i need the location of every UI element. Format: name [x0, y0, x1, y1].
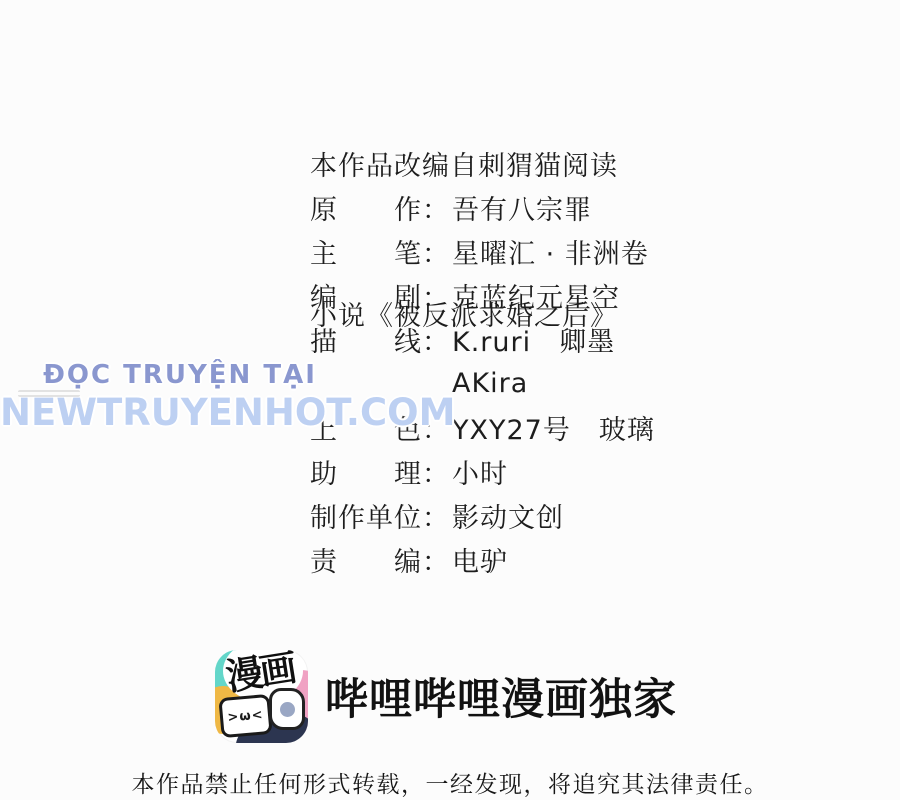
watermark-line1: ĐỌC TRUYỆN TẠI: [0, 360, 360, 390]
hand-ball: [280, 702, 295, 717]
credit-row-editor: 责 编： 电驴: [310, 537, 655, 581]
disclaimer-text: 本作品禁止任何形式转载，一经发现，将追究其法律责任。: [0, 766, 900, 799]
exclusive-title: 哔哩哔哩漫画独家: [325, 666, 677, 727]
credit-label: 责 编：: [310, 540, 452, 579]
credit-row-line-art-continued: AKira: [310, 361, 655, 405]
credits-list: 原 作： 吾有八宗罪 主 笔： 星曜汇 · 非洲卷 编 剧： 克蓝纪元星空 描 …: [310, 185, 655, 581]
credit-label: 描 线：: [310, 320, 452, 359]
credit-value: AKira: [452, 368, 528, 399]
credit-label: 上 色：: [310, 408, 452, 447]
watermark-line2: NEWTRUYENHOT.COM: [0, 391, 360, 434]
credit-row-line-art: 描 线： K.ruri 卿墨: [310, 317, 655, 361]
credit-value: 克蓝纪元星空: [452, 276, 620, 315]
faint-watermark-smudge: [18, 390, 80, 397]
bilibili-manga-logo-icon: 漫画 >ω<: [215, 650, 308, 743]
credit-label: 制作单位：: [310, 496, 452, 535]
credit-value: 小时: [452, 452, 508, 491]
credit-value: 吾有八宗罪: [452, 188, 592, 227]
credit-label: 编 剧：: [310, 276, 452, 315]
credit-value: K.ruri 卿墨: [452, 320, 615, 359]
publisher-row: 漫画 >ω< 哔哩哔哩漫画独家: [215, 650, 677, 743]
credit-row-screenwriter: 编 剧： 克蓝纪元星空: [310, 273, 655, 317]
credit-value: 影动文创: [452, 496, 564, 535]
comic-credits-page: 本作品改编自刺猬猫阅读 小说《被反派求婚之后》 原 作： 吾有八宗罪 主 笔： …: [0, 0, 900, 800]
hand-icon: [269, 688, 305, 730]
credit-row-coloring: 上 色： YXY27号 玻璃: [310, 405, 655, 449]
credit-label: 助 理：: [310, 452, 452, 491]
site-watermark: ĐỌC TRUYỆN TẠI NEWTRUYENHOT.COM: [0, 360, 360, 434]
credit-value: YXY27号 玻璃: [452, 408, 655, 447]
credit-label: 原 作：: [310, 188, 452, 227]
credit-row-lead-artist: 主 笔： 星曜汇 · 非洲卷: [310, 229, 655, 273]
credit-row-production-studio: 制作单位： 影动文创: [310, 493, 655, 537]
credit-value: 星曜汇 · 非洲卷: [452, 232, 649, 271]
credit-value: 电驴: [452, 540, 508, 579]
credit-row-original-work: 原 作： 吾有八宗罪: [310, 185, 655, 229]
credit-row-assistant: 助 理： 小时: [310, 449, 655, 493]
credit-label: 主 笔：: [310, 232, 452, 271]
tv-face-icon: >ω<: [218, 694, 272, 738]
